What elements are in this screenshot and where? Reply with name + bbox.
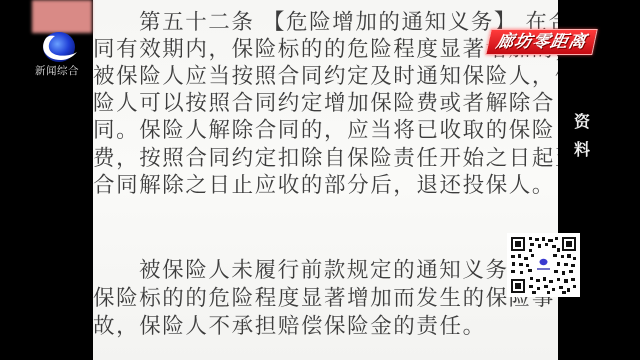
channel-name: 新闻综合	[35, 63, 79, 78]
blue-swoosh-logo-icon	[37, 30, 79, 64]
program-title-badge: 廊坊零距离	[485, 29, 598, 55]
program-title: 廊坊零距离	[486, 30, 596, 54]
document-line: 故，保险人不承担赔偿保险金的责任。	[93, 309, 486, 340]
channel-bug-backdrop	[32, 0, 92, 33]
document-line: 合同解除之日止应收的部分后，退还投保人。	[93, 168, 555, 199]
document-line: 保险标的的危险程度显著增加而发生的保险事	[93, 281, 555, 312]
side-caption-char: 资	[570, 109, 594, 132]
qr-code-icon	[507, 233, 580, 297]
document-line: 被保险人未履行前款规定的通知义务的，因	[139, 253, 558, 284]
side-caption-char: 料	[570, 137, 594, 160]
document-line: 同。保险人解除合同的，应当将已收取的保险	[93, 113, 555, 144]
